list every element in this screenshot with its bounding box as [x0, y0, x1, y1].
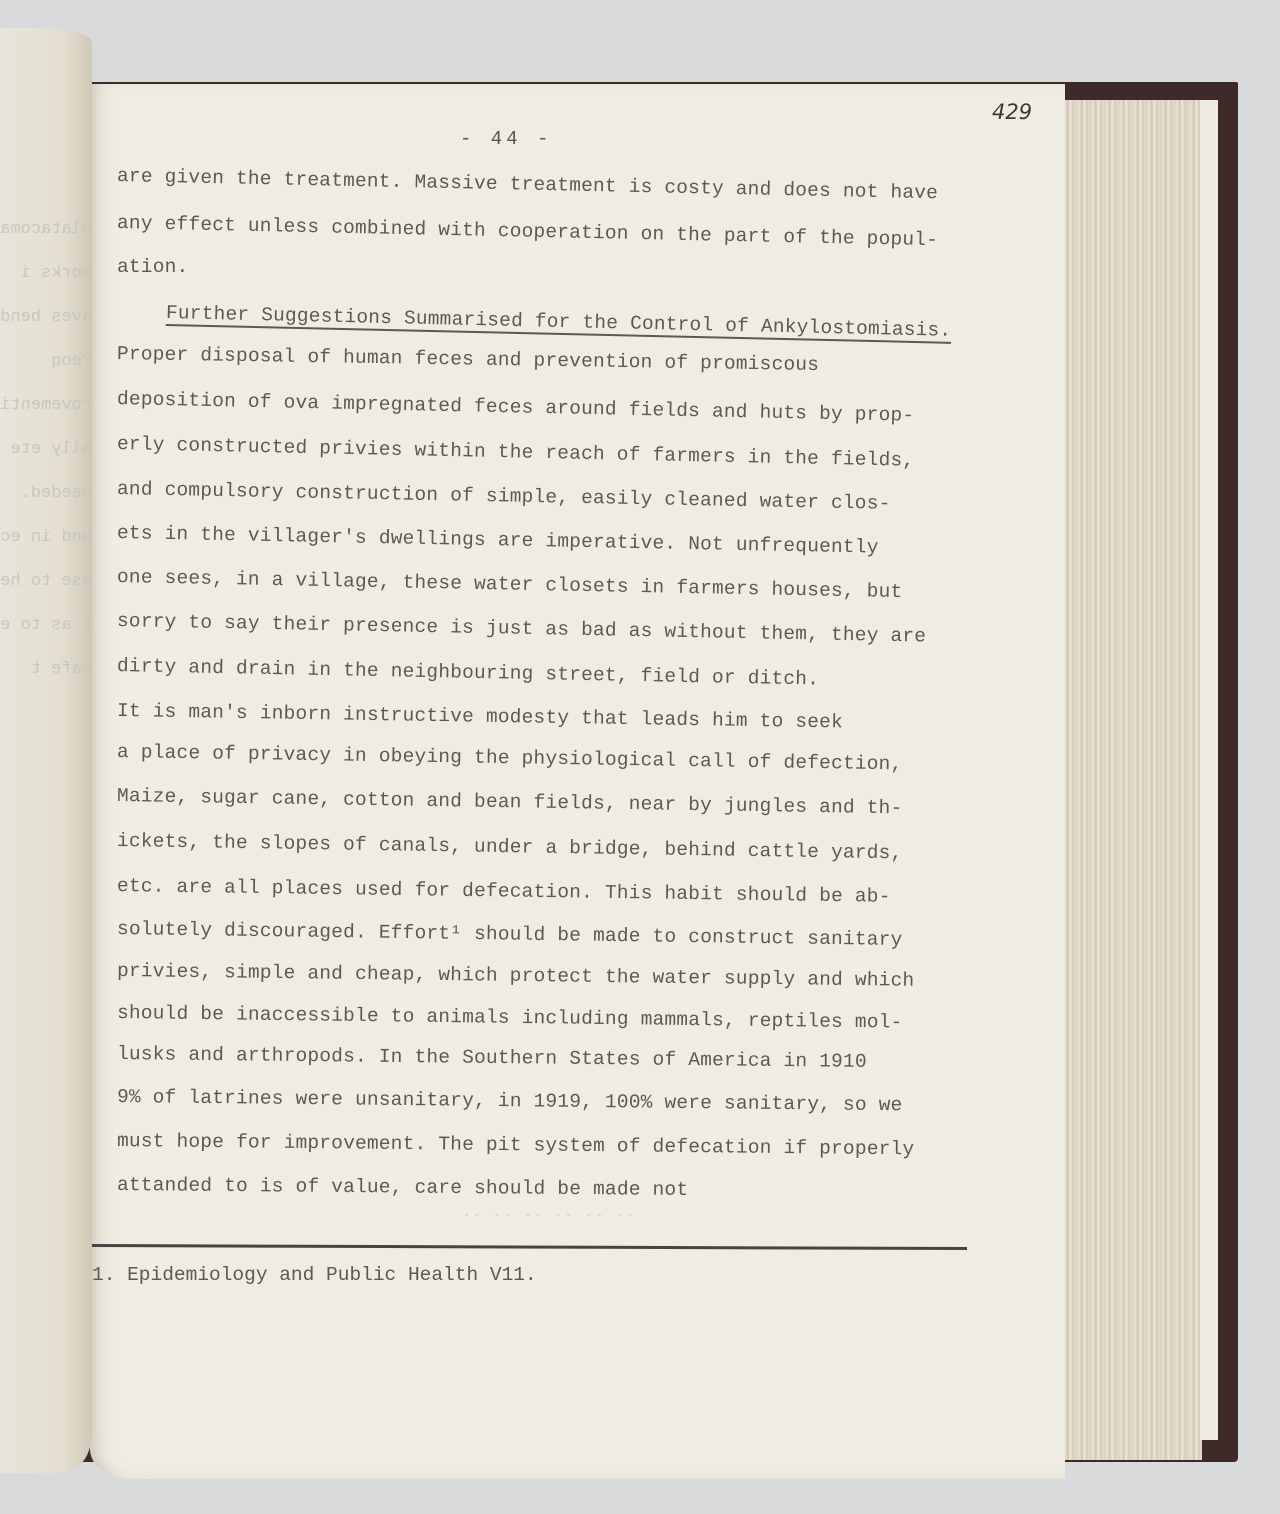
handwritten-folio-number: 429 — [992, 100, 1032, 124]
bleed-through-dashes: -- -- -- -- -- -- — [463, 1208, 636, 1222]
footnote: 1. Epidemiology and Public Health V11. — [92, 1264, 537, 1286]
page-edges — [1062, 100, 1202, 1460]
text-line: ation. — [117, 256, 188, 278]
page-number: - 44 - — [460, 128, 552, 150]
endpaper-edge — [1200, 100, 1218, 1440]
left-page-bleed-text: ulatacomao morks i aves bend Yeoq roveme… — [0, 208, 92, 692]
left-page-curl: ulatacomao morks i aves bend Yeoq roveme… — [0, 28, 92, 1473]
